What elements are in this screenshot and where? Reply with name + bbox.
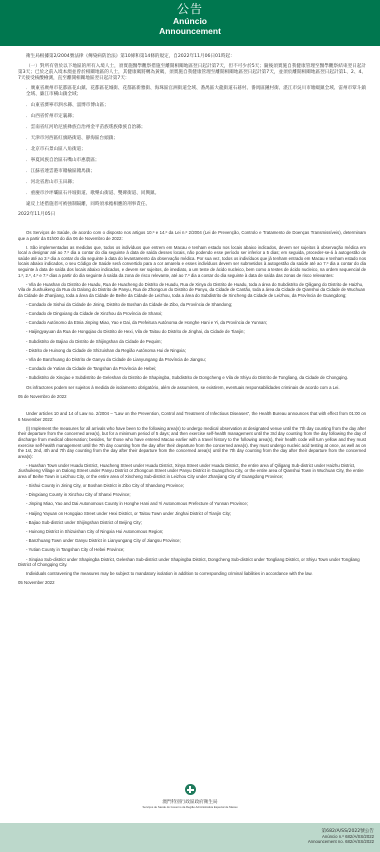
zh-bullet: ．寧夏回族自治區石嘴山市惠農區； bbox=[18, 158, 366, 164]
pt-date: 05 de Novembro de 2022 bbox=[18, 394, 366, 400]
zh-date: 2022年11月05日 bbox=[18, 212, 366, 218]
zh-bullet: ．天津市河西區紅旗路街道、靜海區台頭鎮； bbox=[18, 136, 366, 142]
announcement-body: 衛生局根據第2/2004號法律《傳染病防治法》第10條和第14條的規定，自202… bbox=[0, 46, 380, 586]
en-bullet: - Bajiao Sub-district under Shijingshan … bbox=[18, 520, 366, 526]
zh-bullet: ．廣東省廣州市花都區花山鎮、花都區花城街、花都區新雅街、海珠區官洲街道全域、番禺… bbox=[18, 86, 366, 98]
en-bullet: - Xinqiao Sub-district under Shapingba D… bbox=[18, 557, 366, 568]
health-bureau-logo-block: 澳門特別行政區政府衛生局 Serviços de Saúde do Govern… bbox=[0, 780, 380, 824]
pt-bullet: - Condado de Sishui da Cidade de Jining,… bbox=[18, 302, 366, 308]
en-date: 05 November 2022 bbox=[18, 580, 366, 586]
reference-number-en: Announcement no. 682/A/SS/2022 bbox=[0, 839, 374, 844]
en-bullet: - Haijing Yayuan on Hongqiao Street unde… bbox=[18, 511, 366, 517]
section-pt: Os Serviços de Saúde, de acordo com o di… bbox=[18, 230, 366, 399]
en-bullet: - Huashan Town under Huadu District, Hua… bbox=[18, 463, 366, 480]
pt-bullet: - Condado Autónomo da Etnia Jinping Miao… bbox=[18, 320, 366, 326]
zh-bullet: ．山東省濟寧市泗水縣、淄博市博山區； bbox=[18, 103, 366, 109]
pt-bullet: - Distrito de Huinong da Cidade de Shizu… bbox=[18, 348, 366, 354]
zh-bullet: ．雲南省紅河哈尼族彝族自治州金平苗族瑤族傣族自治縣； bbox=[18, 125, 366, 131]
title-pt: Anúncio bbox=[0, 16, 380, 26]
en-closing: Individuals contravening the measures ma… bbox=[18, 571, 366, 577]
announcement-header: 公告 Anúncio Announcement bbox=[0, 0, 380, 46]
announcement-footer: 第682/A/SS/2022號公告 Anúncio n.º 682/A/SS/2… bbox=[0, 823, 380, 852]
pt-bullet: - Subdistrito de Xinqiao e Subdistrito d… bbox=[18, 375, 366, 381]
zh-paragraph-1: （一）對所有曾於以下地區的所有入境人士，須實施醫學觀察措施至離開相關地區翌日起計… bbox=[18, 64, 366, 82]
zh-bullet: ．河北省唐山市玉田縣； bbox=[18, 180, 366, 186]
pt-bullet: - Condado de Dingxiang da Cidade de Xinz… bbox=[18, 311, 366, 317]
zh-intro: 衛生局根據第2/2004號法律《傳染病防治法》第10條和第14條的規定，自202… bbox=[18, 54, 366, 60]
zh-bullet: ．重慶市沙坪壩區石井坡街道、歌樂山街道、雙碑街道、同興鎮。 bbox=[18, 191, 366, 197]
announcement-page: 公告 Anúncio Announcement 衛生局根據第2/2004號法律《… bbox=[0, 0, 380, 852]
title-en: Announcement bbox=[0, 26, 380, 36]
en-bullet: - Sishui County in Jining City, or Bosha… bbox=[18, 483, 366, 489]
pt-intro: Os Serviços de Saúde, de acordo com o di… bbox=[18, 230, 366, 241]
en-bullet: - Jinping Miao, Yao and Dai Autonomous C… bbox=[18, 501, 366, 507]
pt-bullet: - Vila de Banzhuang do Distrito de Ganyu… bbox=[18, 357, 366, 363]
title-zh: 公告 bbox=[0, 3, 380, 16]
en-intro: Under articles 10 and 14 of Law no. 2/20… bbox=[18, 411, 366, 422]
pt-bullet: - Subdistrito de Bajiao do Distrito de S… bbox=[18, 339, 366, 345]
zh-bullet: ．江蘇省連雲港市贛榆區贛馬鎮； bbox=[18, 169, 366, 175]
en-bullet: - Dingxiang County in Xinzhou City of Sh… bbox=[18, 492, 366, 498]
health-bureau-cross-icon bbox=[185, 784, 196, 795]
zh-bullet: ．北京市石景山區八角街道； bbox=[18, 147, 366, 153]
en-bullet: - Yutian County in Tangshan City of Hebe… bbox=[18, 547, 366, 553]
section-zh: 衛生局根據第2/2004號法律《傳染病防治法》第10條和第14條的規定，自202… bbox=[18, 54, 366, 218]
zh-closing: 違反上述措施者可被強制隔離，同時須承擔相應的刑事責任。 bbox=[18, 202, 366, 208]
pt-bullet: - Vila de Huashan do Distrito de Huadu, … bbox=[18, 282, 366, 299]
pt-bullet: - Condado de Yutian da Cidade de Tangsha… bbox=[18, 366, 366, 372]
pt-closing: Os infractores podem ser sujeitos à medi… bbox=[18, 385, 366, 391]
pt-bullet: - Haijingyayuan da Rua de Hongqiao do Di… bbox=[18, 329, 366, 335]
pt-paragraph-1: I. São implementadas as medidas que, tod… bbox=[18, 245, 366, 279]
en-bullet: - Banzhuang Town under Ganyu District in… bbox=[18, 538, 366, 544]
en-bullet: - Huinong District in Shizuishan City of… bbox=[18, 529, 366, 535]
logo-name-pt: Serviços de Saúde do Governo da Região A… bbox=[0, 806, 380, 810]
zh-bullet: ．山西省忻州市定襄縣； bbox=[18, 114, 366, 120]
en-paragraph-1: (I) Implement the measures for all arriv… bbox=[18, 426, 366, 460]
section-en: Under articles 10 and 14 of Law no. 2/20… bbox=[18, 411, 366, 586]
